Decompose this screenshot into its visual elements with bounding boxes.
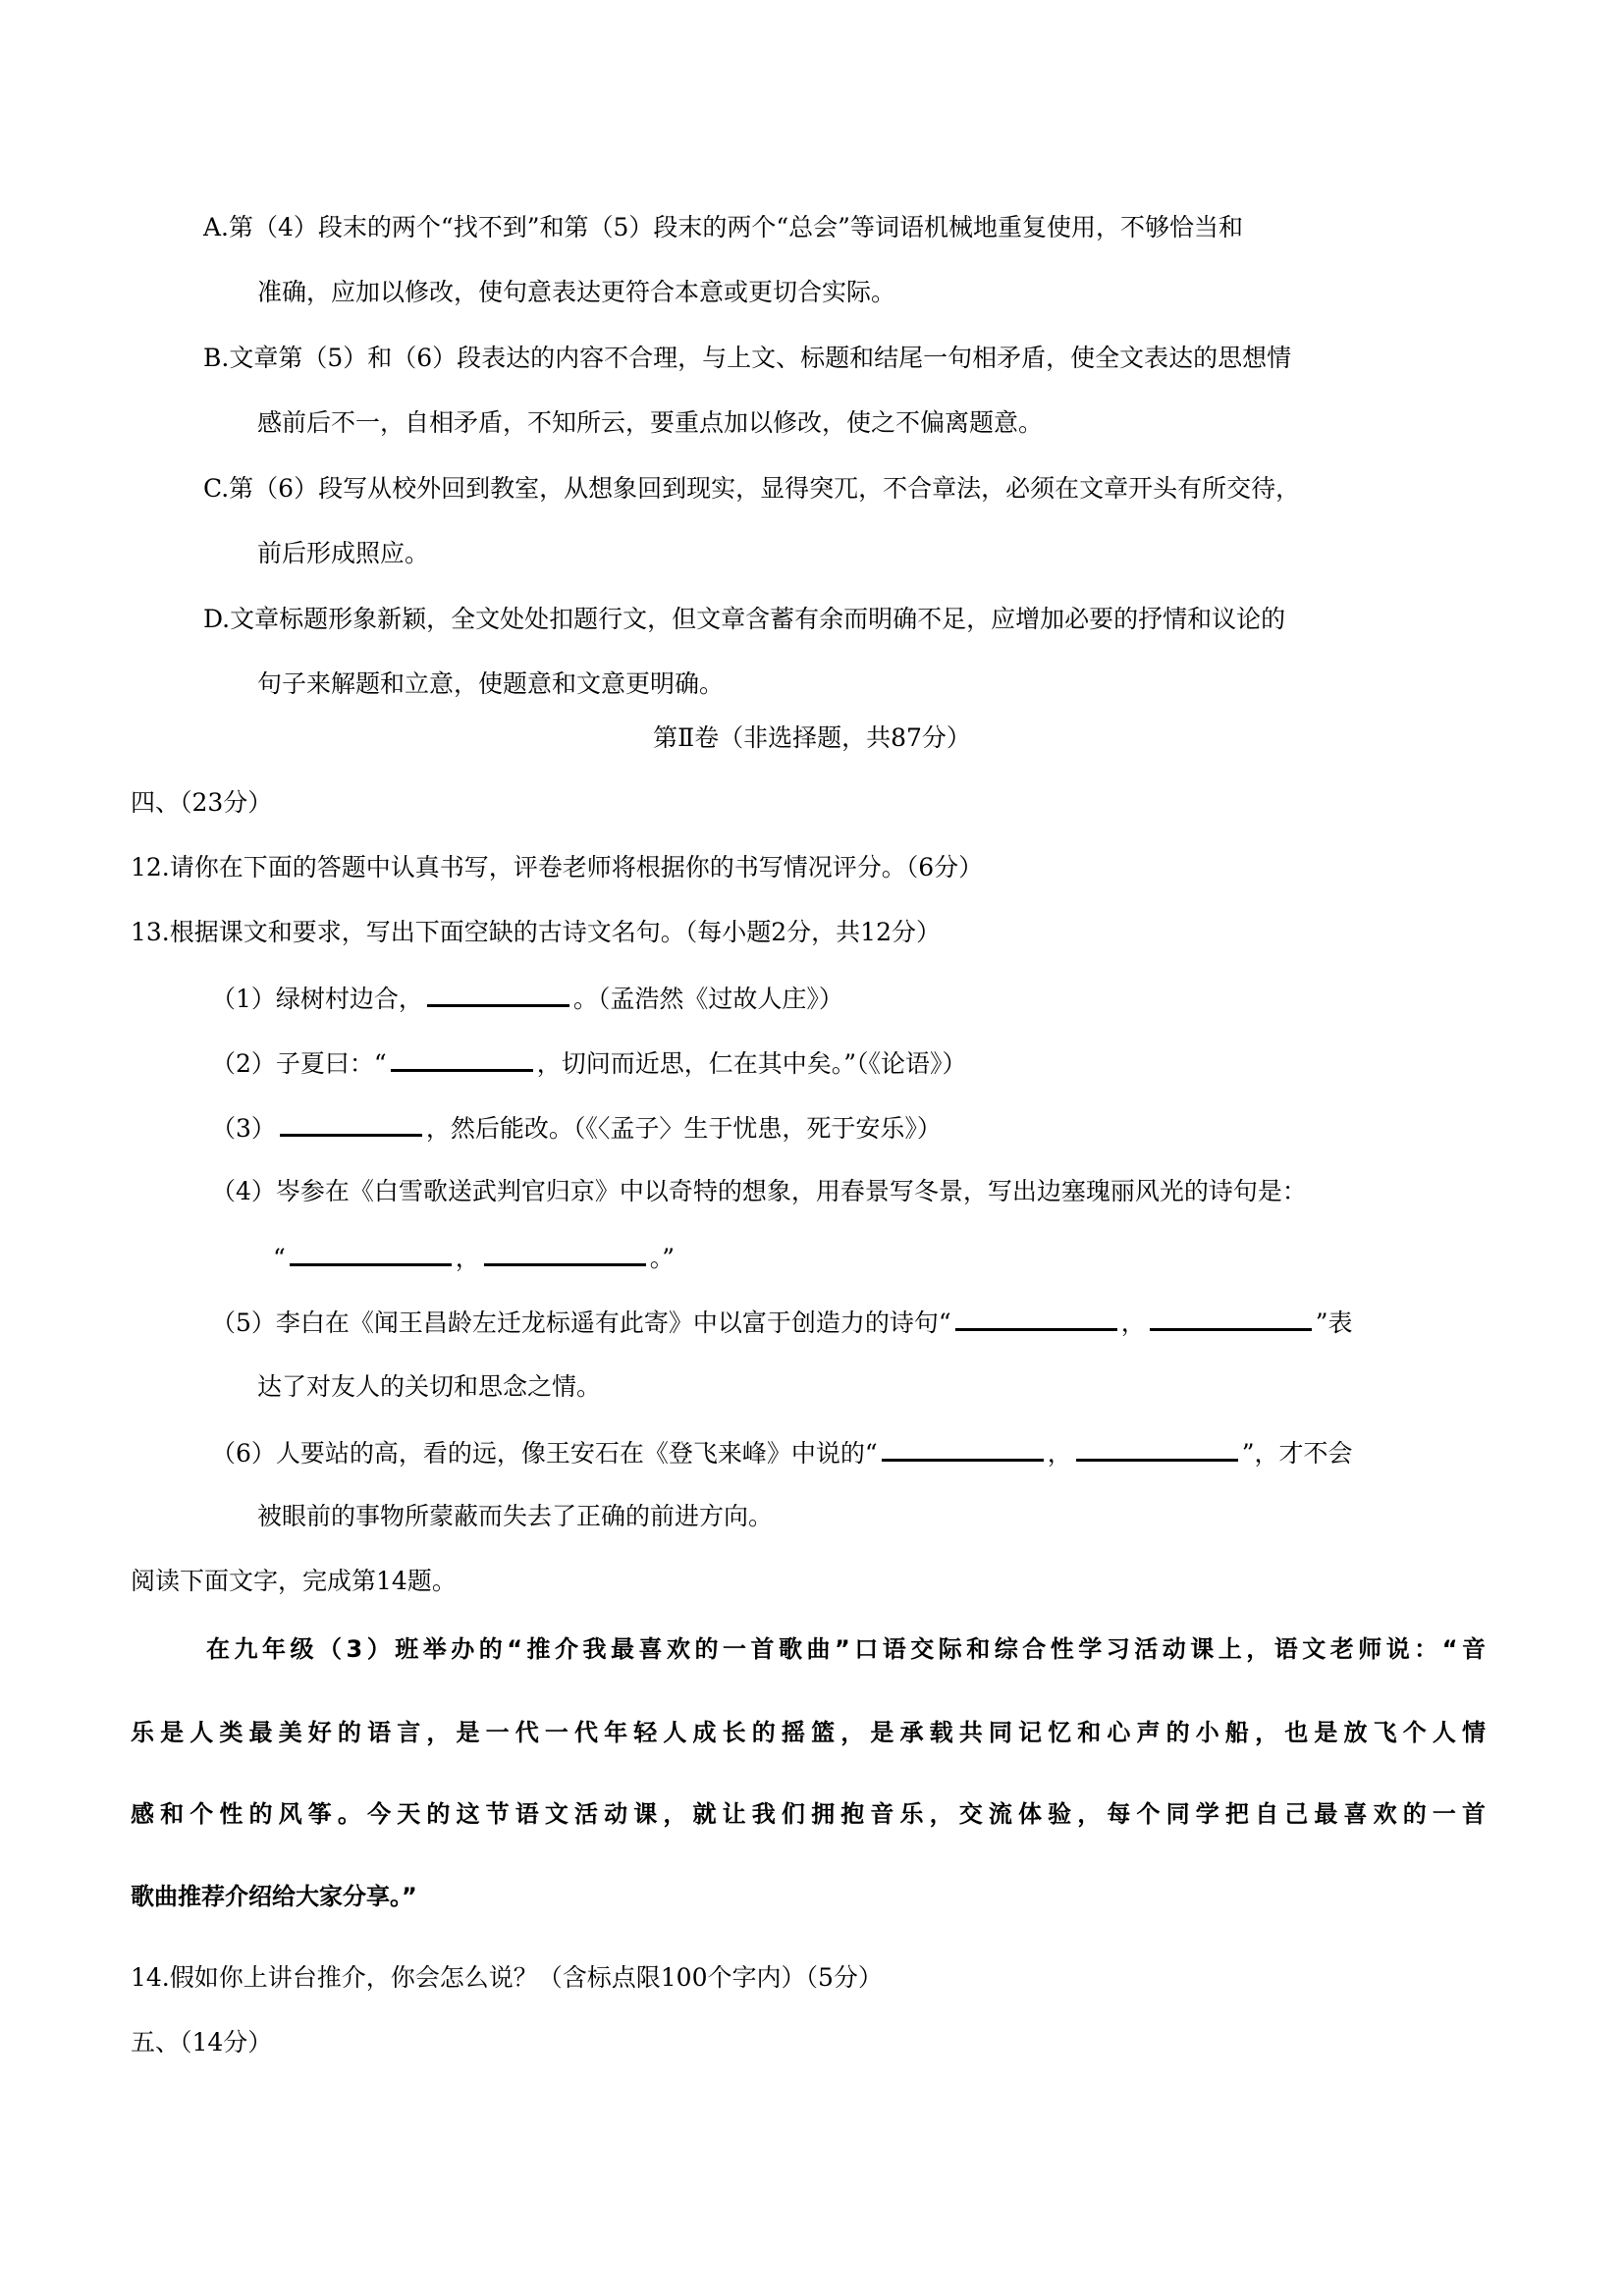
question-13-item-5: （5）李白在《闻王昌龄左迁龙标遥有此寄》中以富于创造力的诗句“，”表 (211, 1305, 1353, 1338)
question-13: 13.根据课文和要求，写出下面空缺的古诗文名句。（每小题2分，共12分） (131, 916, 941, 949)
answer-blank[interactable] (280, 1110, 422, 1137)
question-13-item-6-line2: 被眼前的事物所蒙蔽而失去了正确的前进方向。 (257, 1500, 773, 1533)
answer-blank[interactable] (1150, 1305, 1312, 1331)
question-13-item-4-answers: “，。” (273, 1240, 675, 1273)
item-2-after: ，切问而近思，仁在其中矣。”（《论语》） (537, 1049, 967, 1078)
answer-blank[interactable] (290, 1240, 452, 1266)
option-a-line2: 准确，应加以修改，使句意表达更符合本意或更切合实际。 (257, 276, 895, 309)
comma: ， (1121, 1308, 1146, 1337)
option-c-line2: 前后形成照应。 (257, 537, 429, 570)
item-1-before: （1）绿树村边合， (211, 985, 423, 1013)
open-quote: “ (273, 1244, 286, 1272)
passage-line-2: 乐是人类最美好的语言，是一代一代年轻人成长的摇篮，是承载共同记忆和心声的小船，也… (131, 1716, 1486, 1749)
option-b-line2: 感前后不一，自相矛盾，不知所云，要重点加以修改，使之不偏离题意。 (257, 406, 1043, 440)
question-13-item-2: （2）子夏曰：“，切问而近思，仁在其中矣。”（《论语》） (211, 1045, 966, 1079)
item-6-after: ”，才不会 (1242, 1439, 1353, 1468)
question-13-item-4: （4）岑参在《白雪歌送武判官归京》中以奇特的想象，用春景写冬景，写出边塞瑰丽风光… (211, 1175, 1307, 1208)
question-13-item-3: （3），然后能改。（《〈孟子〉生于忧患，死于安乐》） (211, 1110, 942, 1144)
option-d-line2: 句子来解题和立意，使题意和文意更明确。 (257, 667, 724, 701)
question-13-item-1: （1）绿树村边合，。（孟浩然《过故人庄》） (211, 981, 843, 1014)
item-2-before: （2）子夏曰：“ (211, 1049, 387, 1078)
answer-blank[interactable] (1076, 1435, 1238, 1462)
option-d-line1: D.文章标题形象新颖，全文处处扣题行文，但文章含蓄有余而明确不足，应增加必要的抒… (203, 603, 1285, 636)
section4-heading: 四、（23分） (131, 786, 272, 820)
section5-heading: 五、（14分） (131, 2026, 272, 2059)
question-12: 12.请你在下面的答题中认真书写，评卷老师将根据你的书写情况评分。（6分） (131, 851, 983, 884)
reading-intro: 阅读下面文字，完成第14题。 (131, 1565, 457, 1598)
comma: ， (1048, 1439, 1072, 1468)
passage-line-1: 在九年级（3）班举办的“推介我最喜欢的一首歌曲”口语交际和综合性学习活动课上，语… (206, 1632, 1486, 1666)
answer-blank[interactable] (882, 1435, 1044, 1462)
item-5-before: （5）李白在《闻王昌龄左迁龙标遥有此寄》中以富于创造力的诗句“ (211, 1308, 951, 1337)
item-3-after: ，然后能改。（《〈孟子〉生于忧患，死于安乐》） (426, 1114, 942, 1143)
option-b-line1: B.文章第（5）和（6）段表达的内容不合理，与上文、标题和结尾一句相矛盾，使全文… (203, 342, 1291, 375)
passage-line-3: 感和个性的风筝。今天的这节语文活动课，就让我们拥抱音乐，交流体验，每个同学把自己… (131, 1797, 1486, 1831)
question-14: 14.假如你上讲台推介，你会怎么说？（含标点限100个字内）（5分） (131, 1961, 883, 1995)
answer-blank[interactable] (484, 1240, 646, 1266)
option-c-line1: C.第（6）段写从校外回到教室，从想象回到现实，显得突兀，不合章法，必须在文章开… (203, 472, 1300, 506)
passage-line-4: 歌曲推荐介绍给大家分享。” (131, 1880, 1486, 1913)
question-13-item-6: （6）人要站的高，看的远，像王安石在《登飞来峰》中说的“，”，才不会 (211, 1435, 1353, 1468)
item-3-before: （3） (211, 1114, 276, 1143)
answer-blank[interactable] (955, 1305, 1117, 1331)
part2-title: 第Ⅱ卷（非选择题，共87分） (0, 721, 1624, 755)
comma: ， (456, 1244, 480, 1272)
item-1-after: 。（孟浩然《过故人庄》） (573, 985, 843, 1013)
answer-blank[interactable] (391, 1045, 533, 1072)
answer-blank[interactable] (427, 981, 569, 1007)
item-5-after: ”表 (1316, 1308, 1353, 1337)
option-a-line1: A.第（4）段末的两个“找不到”和第（5）段末的两个“总会”等词语机械地重复使用… (203, 211, 1243, 244)
item-6-before: （6）人要站的高，看的远，像王安石在《登飞来峰》中说的“ (211, 1439, 878, 1468)
question-13-item-5-line2: 达了对友人的关切和思念之情。 (257, 1370, 601, 1404)
close-quote: 。” (650, 1244, 675, 1272)
